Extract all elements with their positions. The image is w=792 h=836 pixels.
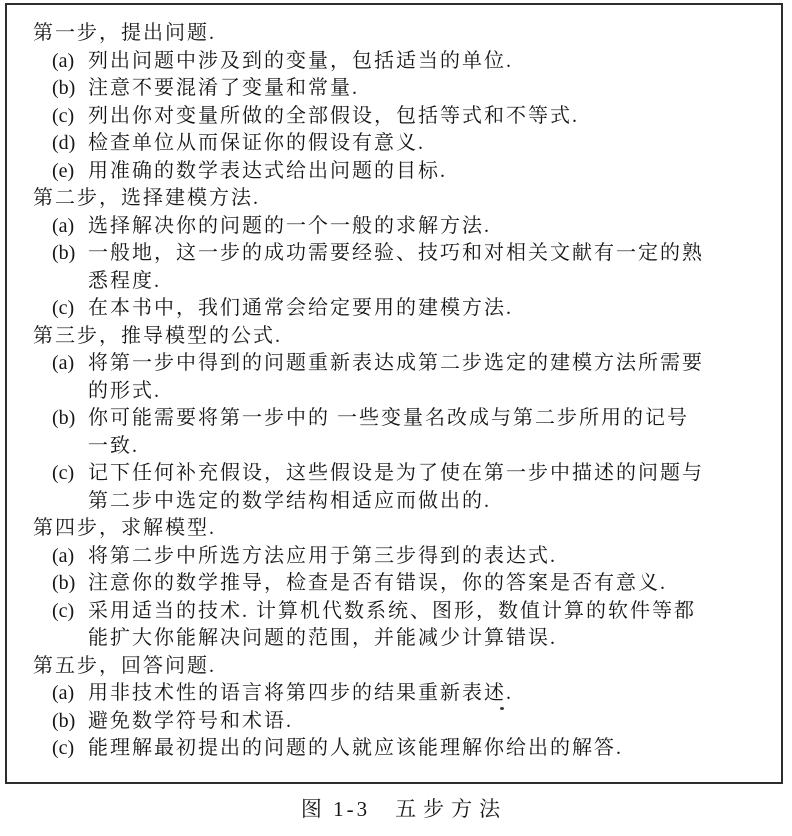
list-item: (b) 你可能需要将第一步中的 一些变量名改成与第二步所用的记号 一致. bbox=[52, 405, 767, 460]
item-lines: 注意你的数学推导，检查是否有错误，你的答案是否有意义. bbox=[88, 570, 767, 598]
item-lines: 用非技术性的语言将第四步的结果重新表述. bbox=[88, 680, 767, 708]
step-title: 第二步，选择建模方法. bbox=[33, 185, 767, 213]
item-lines: 避免数学符号和术语. bbox=[88, 708, 767, 736]
item-lines: 能理解最初提出的问题的人就应该能理解你给出的解答. bbox=[88, 735, 767, 763]
item-marker: (c) bbox=[52, 735, 88, 763]
item-line: 选择解决你的问题的一个一般的求解方法. bbox=[88, 213, 767, 241]
list-item: (c) 列出你对变量所做的全部假设，包括等式和不等式. bbox=[52, 103, 767, 131]
item-line: 在本书中，我们通常会给定要用的建模方法. bbox=[88, 295, 767, 323]
item-line: 能理解最初提出的问题的人就应该能理解你给出的解答. bbox=[88, 735, 767, 763]
item-marker: (c) bbox=[52, 295, 88, 323]
item-lines: 选择解决你的问题的一个一般的求解方法. bbox=[88, 213, 767, 241]
item-line: 将第一步中得到的问题重新表达成第二步选定的建模方法所需要 bbox=[88, 350, 767, 378]
item-line: 避免数学符号和术语. bbox=[88, 708, 767, 736]
step-title: 第五步，回答问题. bbox=[33, 653, 767, 681]
figure-caption: 图 1-3五步方法 bbox=[8, 794, 792, 824]
step-title: 第三步，推导模型的公式. bbox=[33, 323, 767, 351]
figure-caption-title: 五步方法 bbox=[395, 797, 507, 821]
list-item: (b) 注意不要混淆了变量和常量. bbox=[52, 75, 767, 103]
item-line: 列出问题中涉及到的变量，包括适当的单位. bbox=[88, 48, 767, 76]
item-marker: (a) bbox=[52, 543, 88, 571]
item-marker: (a) bbox=[52, 350, 88, 405]
item-marker: (d) bbox=[52, 130, 88, 158]
item-lines: 你可能需要将第一步中的 一些变量名改成与第二步所用的记号 一致. bbox=[88, 405, 767, 460]
list-item: (c) 能理解最初提出的问题的人就应该能理解你给出的解答. bbox=[52, 735, 767, 763]
item-marker: (b) bbox=[52, 708, 88, 736]
item-marker: (c) bbox=[52, 460, 88, 515]
step-title: 第四步，求解模型. bbox=[33, 515, 767, 543]
list-item: (e) 用准确的数学表达式给出问题的目标. bbox=[52, 158, 767, 186]
list-item: (a) 将第二步中所选方法应用于第三步得到的表达式. bbox=[52, 543, 767, 571]
list-item: (a) 用非技术性的语言将第四步的结果重新表述. bbox=[52, 680, 767, 708]
item-lines: 一般地，这一步的成功需要经验、技巧和对相关文献有一定的熟 悉程度. bbox=[88, 240, 767, 295]
list-item: (c) 记下任何补充假设，这些假设是为了使在第一步中描述的问题与 第二步中选定的… bbox=[52, 460, 767, 515]
item-lines: 列出你对变量所做的全部假设，包括等式和不等式. bbox=[88, 103, 767, 131]
item-line: 一致. bbox=[88, 433, 767, 461]
item-marker: (c) bbox=[52, 103, 88, 131]
item-marker: (b) bbox=[52, 240, 88, 295]
item-marker: (a) bbox=[52, 48, 88, 76]
item-lines: 将第二步中所选方法应用于第三步得到的表达式. bbox=[88, 543, 767, 571]
list-item: (c) 采用适当的技术. 计算机代数系统、图形，数值计算的软件等都 能扩大你能解… bbox=[52, 598, 767, 653]
step-title: 第一步，提出问题. bbox=[33, 20, 767, 48]
item-lines: 注意不要混淆了变量和常量. bbox=[88, 75, 767, 103]
item-line: 记下任何补充假设，这些假设是为了使在第一步中描述的问题与 bbox=[88, 460, 767, 488]
list-item: (d) 检查单位从而保证你的假设有意义. bbox=[52, 130, 767, 158]
item-line: 一般地，这一步的成功需要经验、技巧和对相关文献有一定的熟 bbox=[88, 240, 767, 268]
item-line: 用非技术性的语言将第四步的结果重新表述. bbox=[88, 680, 767, 708]
item-line: 用准确的数学表达式给出问题的目标. bbox=[88, 158, 767, 186]
list-item: (a) 列出问题中涉及到的变量，包括适当的单位. bbox=[52, 48, 767, 76]
item-line: 的形式. bbox=[88, 378, 767, 406]
item-line: 悉程度. bbox=[88, 268, 767, 296]
item-marker: (b) bbox=[52, 75, 88, 103]
item-lines: 采用适当的技术. 计算机代数系统、图形，数值计算的软件等都 能扩大你能解决问题的… bbox=[88, 598, 767, 653]
list-item: (b) 一般地，这一步的成功需要经验、技巧和对相关文献有一定的熟 悉程度. bbox=[52, 240, 767, 295]
item-marker: (c) bbox=[52, 598, 88, 653]
item-line: 列出你对变量所做的全部假设，包括等式和不等式. bbox=[88, 103, 767, 131]
item-lines: 列出问题中涉及到的变量，包括适当的单位. bbox=[88, 48, 767, 76]
item-line: 第二步中选定的数学结构相适应而做出的. bbox=[88, 488, 767, 516]
item-marker: (e) bbox=[52, 158, 88, 186]
item-marker: (a) bbox=[52, 680, 88, 708]
item-line: 注意不要混淆了变量和常量. bbox=[88, 75, 767, 103]
item-marker: (b) bbox=[52, 405, 88, 460]
item-marker: (a) bbox=[52, 213, 88, 241]
list-item: (a) 选择解决你的问题的一个一般的求解方法. bbox=[52, 213, 767, 241]
item-lines: 将第一步中得到的问题重新表达成第二步选定的建模方法所需要 的形式. bbox=[88, 350, 767, 405]
list-item: (c) 在本书中，我们通常会给定要用的建模方法. bbox=[52, 295, 767, 323]
five-step-method-box: 第一步，提出问题. (a) 列出问题中涉及到的变量，包括适当的单位. (b) 注… bbox=[5, 3, 783, 784]
item-line: 将第二步中所选方法应用于第三步得到的表达式. bbox=[88, 543, 767, 571]
list-item: (b) 避免数学符号和术语. bbox=[52, 708, 767, 736]
item-line: 检查单位从而保证你的假设有意义. bbox=[88, 130, 767, 158]
item-lines: 检查单位从而保证你的假设有意义. bbox=[88, 130, 767, 158]
item-line: 能扩大你能解决问题的范围，并能减少计算错误. bbox=[88, 625, 767, 653]
item-line: 注意你的数学推导，检查是否有错误，你的答案是否有意义. bbox=[88, 570, 767, 598]
list-item: (a) 将第一步中得到的问题重新表达成第二步选定的建模方法所需要 的形式. bbox=[52, 350, 767, 405]
item-line: 采用适当的技术. 计算机代数系统、图形，数值计算的软件等都 bbox=[88, 598, 767, 626]
item-lines: 用准确的数学表达式给出问题的目标. bbox=[88, 158, 767, 186]
item-lines: 在本书中，我们通常会给定要用的建模方法. bbox=[88, 295, 767, 323]
scan-artifact-dot bbox=[500, 707, 504, 710]
item-line: 你可能需要将第一步中的 一些变量名改成与第二步所用的记号 bbox=[88, 405, 767, 433]
item-lines: 记下任何补充假设，这些假设是为了使在第一步中描述的问题与 第二步中选定的数学结构… bbox=[88, 460, 767, 515]
list-item: (b) 注意你的数学推导，检查是否有错误，你的答案是否有意义. bbox=[52, 570, 767, 598]
item-marker: (b) bbox=[52, 570, 88, 598]
figure-caption-label: 图 1-3 bbox=[301, 797, 370, 821]
